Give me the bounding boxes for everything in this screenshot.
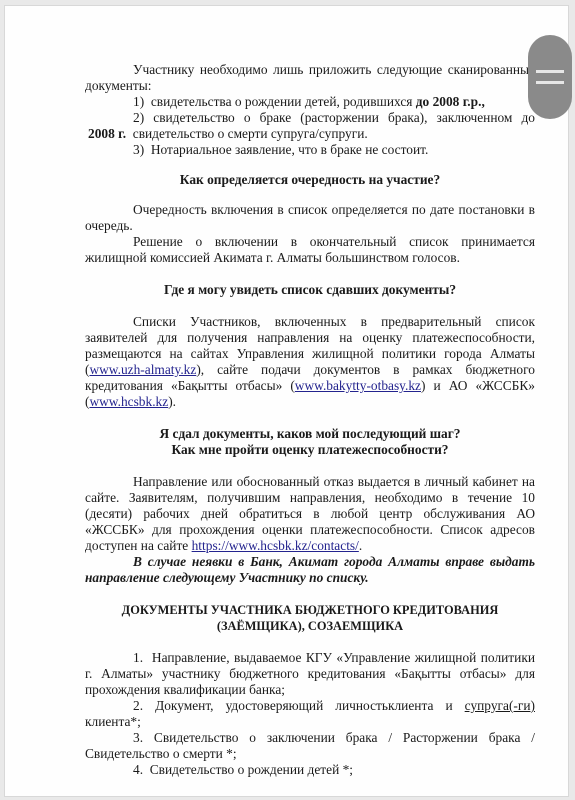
link-hcsbk-contacts[interactable]: https://www.hcsbk.kz/contacts/ (192, 538, 359, 553)
item-text: свидетельство о браке (расторжении брака… (153, 110, 535, 125)
docs-item-3: 3. Свидетельство о заключении брака / Ра… (85, 730, 535, 762)
item-number: 1) (133, 94, 144, 109)
document-content: Участнику необходимо лишь приложить след… (85, 62, 535, 778)
intro-item-2: 2) свидетельство о браке (расторжении бр… (85, 110, 535, 126)
drag-handle-icon (536, 81, 564, 84)
next-paragraph: Направление или обоснованный отказ выдае… (85, 474, 535, 554)
heading-docs: ДОКУМЕНТЫ УЧАСТНИКА БЮДЖЕТНОГО КРЕДИТОВА… (85, 602, 535, 618)
intro-paragraph: Участнику необходимо лишь приложить след… (85, 62, 535, 94)
queue-paragraph-1: Очередность включения в список определяе… (85, 202, 535, 234)
heading-docs-sub: (ЗАЁМЩИКА), СОЗАЕМЩИКА (85, 618, 535, 634)
heading-next-step: Я сдал документы, каков мой последующий … (85, 426, 535, 442)
intro-item-1: 1) свидетельства о рождении детей, родив… (85, 94, 535, 110)
link-bakytty-otbasy[interactable]: www.bakytty-otbasy.kz (295, 378, 421, 393)
item-bold-text: 2008 г. (88, 126, 126, 141)
item-number: 3) (133, 142, 144, 157)
item-text: свидетельства о рождении детей, родивших… (151, 94, 416, 109)
heading-solvency: Как мне пройти оценку платежеспособности… (85, 442, 535, 458)
scroll-handle[interactable] (528, 35, 572, 119)
list-paragraph: Списки Участников, включенных в предвари… (85, 314, 535, 410)
item-text: Нотариальное заявление, что в браке не с… (151, 142, 428, 157)
docs-item-4: 4. Свидетельство о рождении детей *; (85, 762, 535, 778)
intro-item-2-cont: 2008 г. свидетельство о смерти супруга/с… (85, 126, 535, 142)
item-bold-text: до 2008 г.р., (416, 94, 485, 109)
drag-handle-icon (536, 70, 564, 73)
warning-paragraph: В случае неявки в Банк, Акимат города Ал… (85, 554, 535, 586)
item-text: свидетельство о смерти супруга/супруги. (129, 126, 367, 141)
item-number: 2) (133, 110, 144, 125)
heading-queue: Как определяется очередность на участие? (85, 172, 535, 188)
text-span: 2. Документ, удостоверяющий личностьклие… (133, 698, 465, 713)
intro-item-3: 3) Нотариальное заявление, что в браке н… (85, 142, 535, 158)
text-span: . (359, 538, 362, 553)
text-span: клиента*; (85, 714, 141, 729)
link-hcsbk[interactable]: www.hcsbk.kz (89, 394, 168, 409)
docs-item-2: 2. Документ, удостоверяющий личностьклие… (85, 698, 535, 730)
underlined-text: супруга(-ги) (465, 698, 535, 713)
link-uzh-almaty[interactable]: www.uzh-almaty.kz (89, 362, 196, 377)
document-page: Участнику необходимо лишь приложить след… (4, 5, 569, 797)
docs-item-1: 1. Направление, выдаваемое КГУ «Управлен… (85, 650, 535, 698)
text-span: ). (168, 394, 176, 409)
queue-paragraph-2: Решение о включении в окончательный спис… (85, 234, 535, 266)
heading-list: Где я могу увидеть список сдавших докуме… (85, 282, 535, 298)
